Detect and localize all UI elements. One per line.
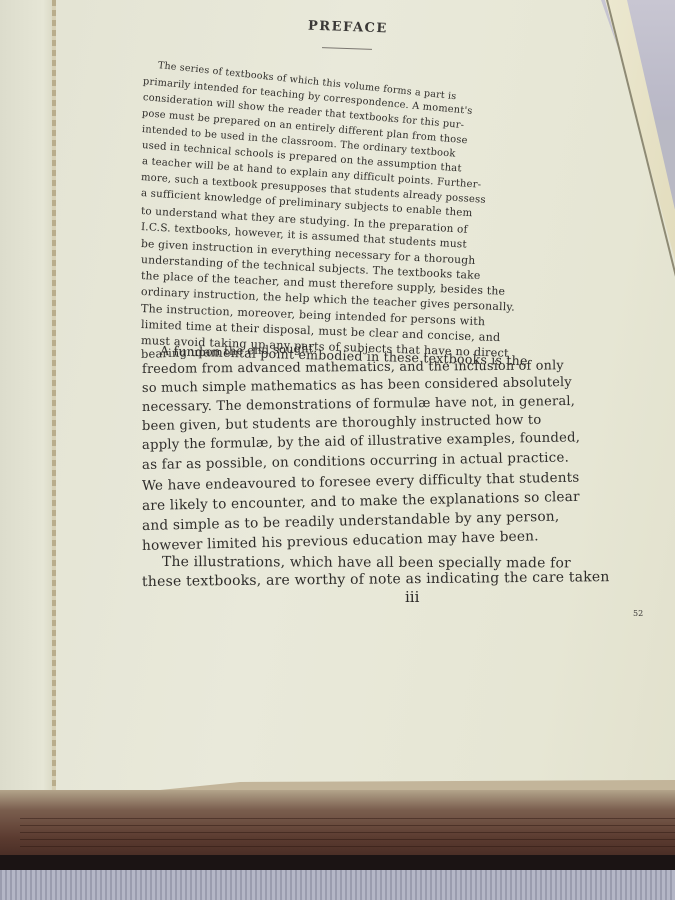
text-line: so much simple mathematics as has been c… (142, 375, 572, 396)
page-number: iii (405, 588, 419, 606)
text-line: been given, but students are thoroughly … (142, 413, 542, 434)
page-title: PREFACE (308, 19, 388, 37)
text-line: apply the formulæ, by the aid of illustr… (142, 430, 580, 453)
text-line: The illustrations, which have all been s… (162, 554, 571, 571)
text-line: necessary. The demonstrations of formulæ… (142, 394, 575, 415)
text-line: as far as possible, on conditions occurr… (142, 451, 569, 473)
page-text: PREFACE The series of textbooks of which… (0, 0, 675, 900)
title-rule (322, 47, 372, 50)
text-line: these textbooks, are worthy of note as i… (142, 569, 610, 590)
text-line: freedom from advanced mathematics, and t… (142, 358, 564, 377)
signature-mark: 52 (633, 609, 643, 618)
